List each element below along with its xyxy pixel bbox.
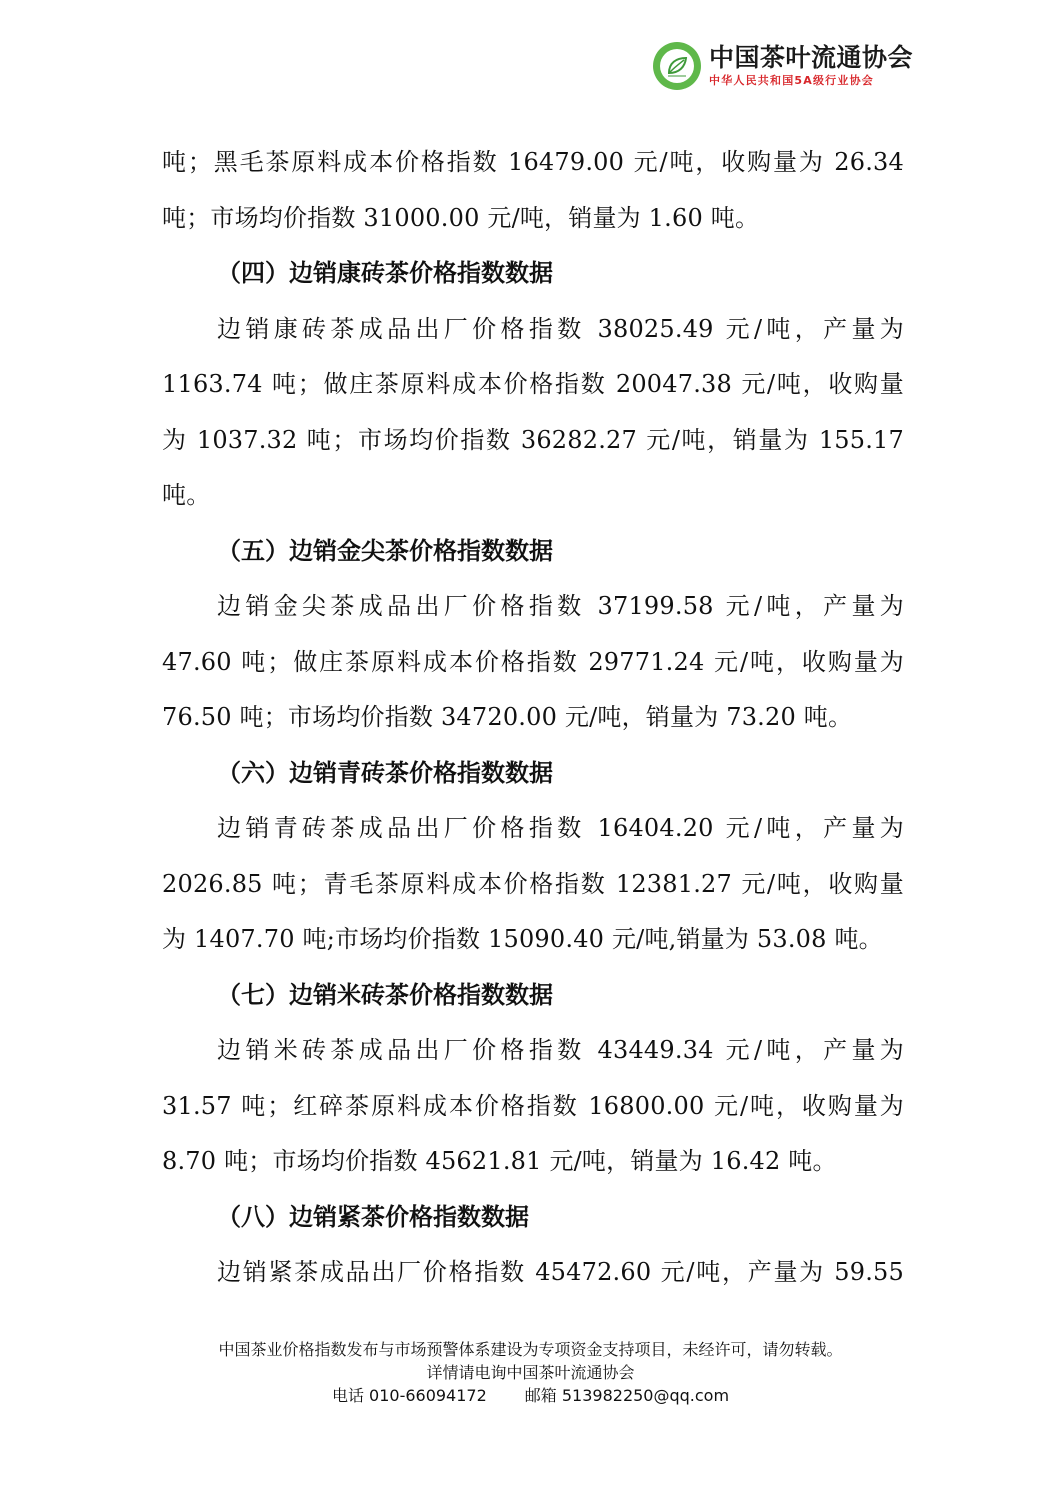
paragraph-line: 吨。 [162,468,904,524]
section-heading: （四）边销康砖茶价格指数数据 [162,246,904,302]
paragraph-line: 2026.85 吨；青毛茶原料成本价格指数 12381.27 元/吨，收购量 [162,857,904,913]
section-heading: （七）边销米砖茶价格指数数据 [162,968,904,1024]
logo-title: 中国茶叶流通协会 [709,44,913,72]
logo-subtitle: 中华人民共和国5A级行业协会 [709,74,913,88]
section-jincha: （八）边销紧茶价格指数数据 边销紧茶成品出厂价格指数 45472.60 元/吨，… [162,1190,904,1301]
paragraph-line: 47.60 吨；做庄茶原料成本价格指数 29771.24 元/吨，收购量为 [162,635,904,691]
tea-leaf-badge-icon [653,42,701,90]
paragraph-line: 边销紧茶成品出厂价格指数 45472.60 元/吨，产量为 59.55 [162,1245,904,1301]
page-footer: 中国茶业价格指数发布与市场预警体系建设为专项资金支持项目，未经许可，请勿转载。 … [0,1338,1061,1407]
paragraph-line: 边销康砖茶成品出厂价格指数 38025.49 元/吨，产量为 [162,302,904,358]
email-address: 邮箱 513982250@qq.com [525,1386,729,1405]
paragraph-line: 边销金尖茶成品出厂价格指数 37199.58 元/吨，产量为 [162,579,904,635]
section-heading: （八）边销紧茶价格指数数据 [162,1190,904,1246]
document-body: 吨；黑毛茶原料成本价格指数 16479.00 元/吨，收购量为 26.34 吨；… [162,135,904,1301]
contact-line: 详情请电询中国茶叶流通协会 [0,1361,1061,1384]
paragraph-line: 8.70 吨；市场均价指数 45621.81 元/吨，销量为 16.42 吨。 [162,1134,904,1190]
paragraph-line: 吨；黑毛茶原料成本价格指数 16479.00 元/吨，收购量为 26.34 [162,135,904,191]
paragraph-line: 吨；市场均价指数 31000.00 元/吨，销量为 1.60 吨。 [162,191,904,247]
contact-details: 电话 010-66094172邮箱 513982250@qq.com [0,1384,1061,1407]
section-heading: （六）边销青砖茶价格指数数据 [162,746,904,802]
phone-number: 电话 010-66094172 [332,1386,487,1405]
section-jinjian: （五）边销金尖茶价格指数数据 边销金尖茶成品出厂价格指数 37199.58 元/… [162,524,904,746]
paragraph-line: 为 1407.70 吨;市场均价指数 15090.40 元/吨,销量为 53.0… [162,912,904,968]
paragraph-line: 1163.74 吨；做庄茶原料成本价格指数 20047.38 元/吨，收购量 [162,357,904,413]
section-mizhuan: （七）边销米砖茶价格指数数据 边销米砖茶成品出厂价格指数 43449.34 元/… [162,968,904,1190]
paragraph-line: 31.57 吨；红碎茶原料成本价格指数 16800.00 元/吨，收购量为 [162,1079,904,1135]
paragraph-line: 边销米砖茶成品出厂价格指数 43449.34 元/吨，产量为 [162,1023,904,1079]
section-qingzhuan: （六）边销青砖茶价格指数数据 边销青砖茶成品出厂价格指数 16404.20 元/… [162,746,904,968]
copyright-notice: 中国茶业价格指数发布与市场预警体系建设为专项资金支持项目，未经许可，请勿转载。 [0,1338,1061,1361]
section-heading: （五）边销金尖茶价格指数数据 [162,524,904,580]
paragraph-line: 边销青砖茶成品出厂价格指数 16404.20 元/吨，产量为 [162,801,904,857]
association-logo: 中国茶叶流通协会 中华人民共和国5A级行业协会 [653,38,913,94]
paragraph-line: 76.50 吨；市场均价指数 34720.00 元/吨，销量为 73.20 吨。 [162,690,904,746]
paragraph-line: 为 1037.32 吨；市场均价指数 36282.27 元/吨，销量为 155.… [162,413,904,469]
section-kangzhuan: （四）边销康砖茶价格指数数据 边销康砖茶成品出厂价格指数 38025.49 元/… [162,246,904,524]
continuation-paragraph: 吨；黑毛茶原料成本价格指数 16479.00 元/吨，收购量为 26.34 吨；… [162,135,904,246]
